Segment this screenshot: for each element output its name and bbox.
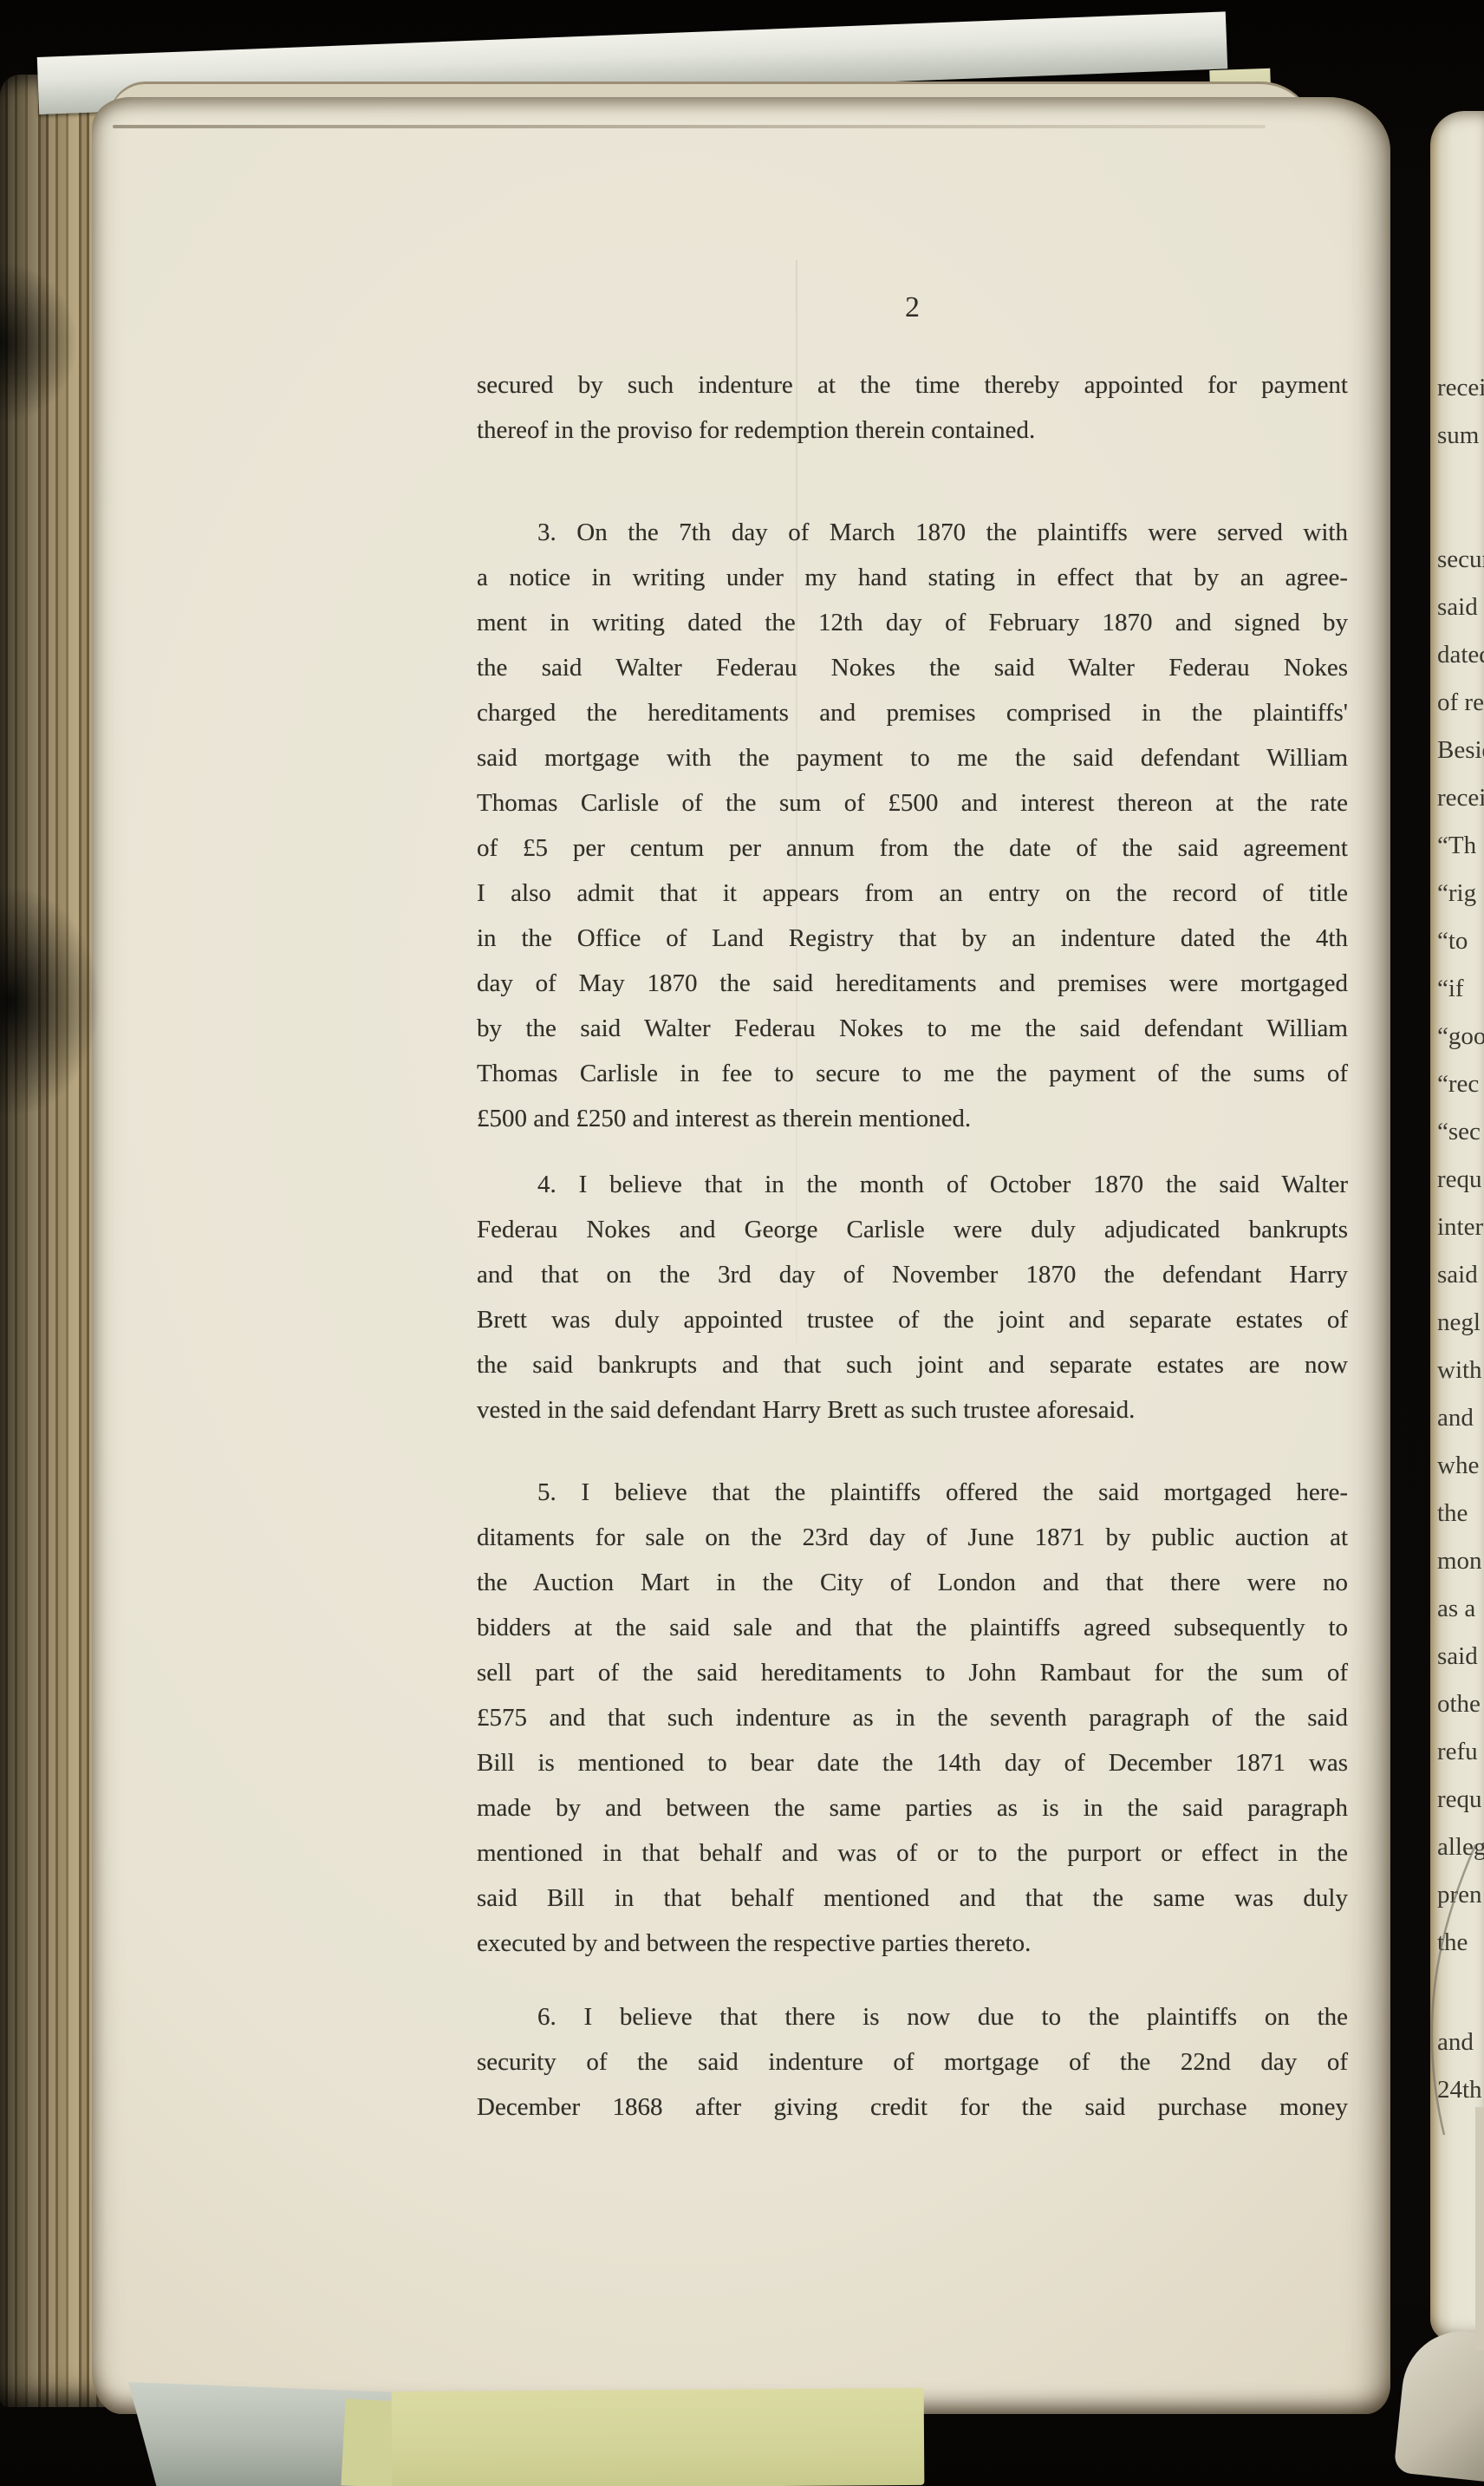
text-fragment: alleg xyxy=(1437,1824,1484,1871)
text-line: made by and between the same parties as … xyxy=(477,1785,1348,1830)
curled-page-corner xyxy=(1393,2326,1484,2484)
paragraph-3: 3. On the 7th day of March 1870 the plai… xyxy=(477,510,1348,1141)
text-line: 6. I believe that there is now due to th… xyxy=(477,1994,1348,2039)
text-fragment: “to xyxy=(1437,917,1484,965)
text-line: secured by such indenture at the time th… xyxy=(477,362,1348,408)
text-line: bidders at the said sale and that the pl… xyxy=(477,1605,1348,1650)
text-line: ditaments for sale on the 23rd day of Ju… xyxy=(477,1515,1348,1560)
page-number: 2 xyxy=(477,291,1348,324)
text-line: Bill is mentioned to bear date the 14th … xyxy=(477,1740,1348,1785)
text-line: charged the hereditaments and premises c… xyxy=(477,690,1348,735)
text-fragment: requ xyxy=(1437,1156,1484,1204)
text-line: executed by and between the respective p… xyxy=(477,1921,1348,1966)
text-line: day of May 1870 the said hereditaments a… xyxy=(477,961,1348,1006)
text-line: the said Walter Federau Nokes the said W… xyxy=(477,645,1348,690)
text-line: Thomas Carlisle of the sum of £500 and i… xyxy=(477,780,1348,825)
right-page-edge-sliver xyxy=(1475,2107,1484,2350)
text-fragment: “rec xyxy=(1437,1060,1484,1108)
text-fragment: dated xyxy=(1437,631,1484,679)
text-line: said Bill in that behalf mentioned and t… xyxy=(477,1876,1348,1921)
text-fragment: said xyxy=(1437,1251,1484,1299)
text-fragment: sum xyxy=(1437,412,1484,460)
text-line: by the said Walter Federau Nokes to me t… xyxy=(477,1006,1348,1051)
text-line: £575 and that such indenture as in the s… xyxy=(477,1695,1348,1740)
text-fragment: recei xyxy=(1437,364,1484,412)
facing-page-text-fragments: recei sum secur said dated of re Besid r… xyxy=(1437,364,1484,2114)
paragraph-4: 4. I believe that in the month of Octobe… xyxy=(477,1162,1348,1432)
page-top-crease xyxy=(113,125,1266,128)
text-line: Federau Nokes and George Carlisle were d… xyxy=(477,1207,1348,1252)
text-fragment: “rig xyxy=(1437,870,1484,917)
shadow-on-page-stack xyxy=(0,884,101,1119)
paragraph-5: 5. I believe that the plaintiffs offered… xyxy=(477,1470,1348,1966)
text-line: of £5 per centum per annum from the date… xyxy=(477,825,1348,871)
text-line: 4. I believe that in the month of Octobe… xyxy=(477,1162,1348,1207)
text-fragment: refu xyxy=(1437,1728,1484,1776)
text-line: the Auction Mart in the City of London a… xyxy=(477,1560,1348,1605)
page-text: secured by such indenture at the time th… xyxy=(477,362,1348,2130)
yellow-paper-slip xyxy=(392,2388,925,2486)
text-fragment: said xyxy=(1437,1633,1484,1680)
text-fragment: “sec xyxy=(1437,1108,1484,1156)
text-fragment: with xyxy=(1437,1347,1484,1394)
text-line: in the Office of Land Registry that by a… xyxy=(477,916,1348,961)
text-line: the said bankrupts and that such joint a… xyxy=(477,1342,1348,1387)
text-line: £500 and £250 and interest as therein me… xyxy=(477,1096,1348,1141)
text-fragment: negl xyxy=(1437,1299,1484,1347)
text-fragment: and xyxy=(1437,2019,1484,2066)
text-fragment: as a xyxy=(1437,1585,1484,1633)
text-fragment: inter xyxy=(1437,1204,1484,1251)
text-line: said mortgage with the payment to me the… xyxy=(477,735,1348,780)
text-fragment: said xyxy=(1437,584,1484,631)
text-line: Brett was duly appointed trustee of the … xyxy=(477,1297,1348,1342)
text-fragment: mon xyxy=(1437,1537,1484,1585)
text-fragment: whe xyxy=(1437,1442,1484,1490)
text-line: security of the said indenture of mortga… xyxy=(477,2039,1348,2085)
text-line: mentioned in that behalf and was of or t… xyxy=(477,1830,1348,1876)
text-line: 5. I believe that the plaintiffs offered… xyxy=(477,1470,1348,1515)
paragraph-6: 6. I believe that there is now due to th… xyxy=(477,1994,1348,2130)
text-line: December 1868 after giving credit for th… xyxy=(477,2085,1348,2130)
text-fragment: “goo xyxy=(1437,1013,1484,1060)
text-fragment: othe xyxy=(1437,1680,1484,1728)
text-fragment: the xyxy=(1437,1919,1484,1967)
text-fragment: secur xyxy=(1437,536,1484,584)
shadow-on-page-stack xyxy=(0,260,78,425)
text-line: thereof in the proviso for redemption th… xyxy=(477,408,1348,453)
text-line: sell part of the said hereditaments to J… xyxy=(477,1650,1348,1695)
text-fragment: pren xyxy=(1437,1871,1484,1919)
text-line: 3. On the 7th day of March 1870 the plai… xyxy=(477,510,1348,555)
text-fragment: recei xyxy=(1437,774,1484,822)
text-fragment: “Th xyxy=(1437,822,1484,870)
text-fragment: of re xyxy=(1437,679,1484,727)
text-fragment: and xyxy=(1437,1394,1484,1442)
text-fragment: Besid xyxy=(1437,727,1484,774)
text-line: I also admit that it appears from an ent… xyxy=(477,871,1348,916)
text-fragment: “if xyxy=(1437,965,1484,1013)
text-line: Thomas Carlisle in fee to secure to me t… xyxy=(477,1051,1348,1096)
paragraph-continuation: secured by such indenture at the time th… xyxy=(477,362,1348,453)
text-line: a notice in writing under my hand statin… xyxy=(477,555,1348,600)
text-line: and that on the 3rd day of November 1870… xyxy=(477,1252,1348,1297)
facing-page-strip: recei sum secur said dated of re Besid r… xyxy=(1430,111,1484,2341)
text-fragment: the xyxy=(1437,1490,1484,1537)
text-line: ment in writing dated the 12th day of Fe… xyxy=(477,600,1348,645)
text-fragment: requ xyxy=(1437,1776,1484,1824)
text-line: vested in the said defendant Harry Brett… xyxy=(477,1387,1348,1432)
book-scan-photo: 2 secured by such indenture at the time … xyxy=(0,0,1484,2486)
